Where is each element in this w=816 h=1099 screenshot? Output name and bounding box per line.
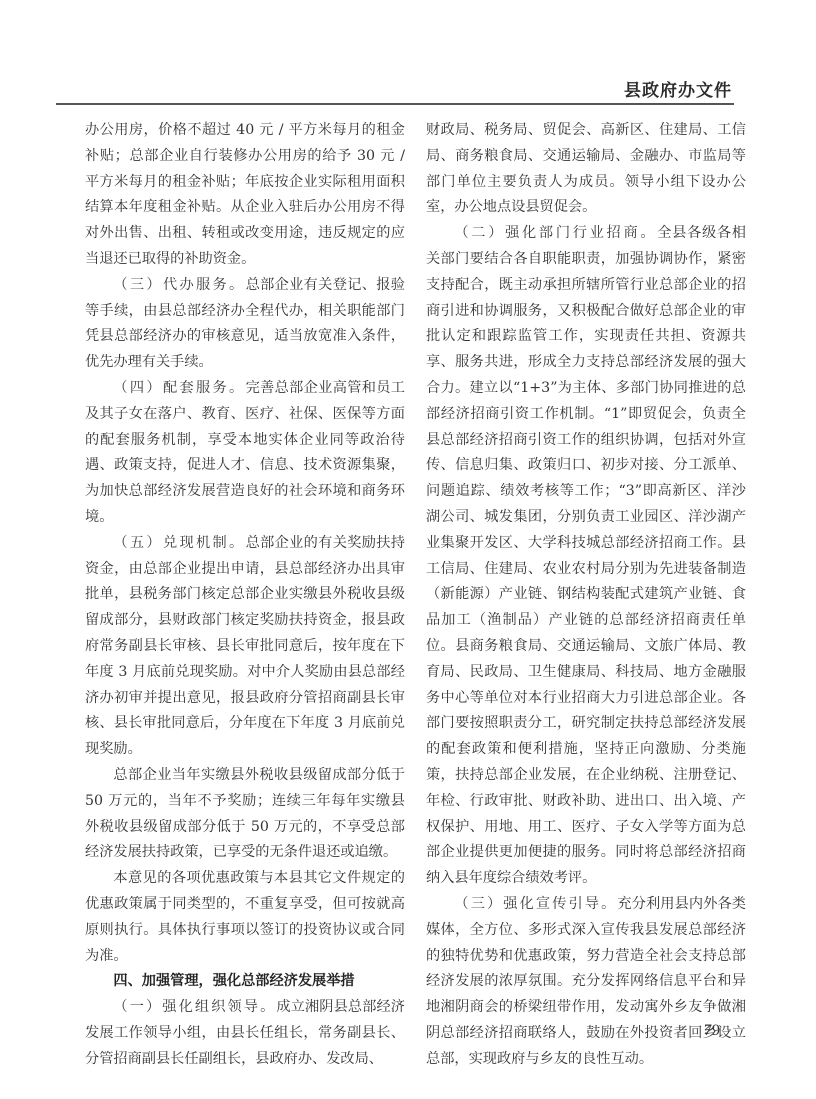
subheading-agency-service: （三）代办服务。 — [113, 277, 245, 293]
paragraph-no-duplicate-benefits: 本意见的各项优惠政策与本县其它文件规定的优惠政策属于同类型的，不重复享受，但可按… — [85, 866, 405, 969]
paragraph-rent-subsidy: 办公用房，价格不超过 40 元 / 平方米每月的租金补贴；总部企业自行装修办公用… — [85, 118, 405, 273]
paragraph-text: 总部企业的有关奖励扶持资金，由总部企业提出申请，县总部经济办出具审批单，县税务部… — [85, 535, 405, 757]
left-text-column: 办公用房，价格不超过 40 元 / 平方米每月的租金补贴；总部企业自行装修办公用… — [85, 118, 405, 1072]
paragraph-organization-leadership: （一）强化组织领导。成立湘阴县总部经济发展工作领导小组，由县长任组长，常务副县长… — [85, 995, 405, 1072]
paragraph-redemption-mechanism: （五）兑现机制。总部企业的有关奖励扶持资金，由总部企业提出申请，县总部经济办出具… — [85, 531, 405, 763]
subheading-publicity-guidance: （三）强化宣传引导。 — [454, 896, 617, 912]
header-divider — [56, 103, 734, 105]
paragraph-leading-group-members: 财政局、税务局、贸促会、高新区、住建局、工信局、商务粮食局、交通运输局、金融办、… — [426, 118, 746, 221]
paragraph-text: 全县各级各相关部门要结合各自职能职责，加强协调协作，紧密支持配合，既主动承担所辖… — [426, 225, 746, 886]
page-number: 79 — [704, 1022, 720, 1040]
paragraph-publicity-guidance: （三）强化宣传引导。充分利用县内外各类媒体，全方位、多形式深入宣传我县发展总部经… — [426, 892, 746, 1073]
paragraph-department-investment: （二）强化部门行业招商。全县各级各相关部门要结合各自职能职责，加强协调协作，紧密… — [426, 221, 746, 892]
subheading-redemption-mechanism: （五）兑现机制。 — [113, 535, 245, 551]
subheading-department-investment: （二）强化部门行业招商。 — [454, 225, 657, 241]
subheading-organization-leadership: （一）强化组织领导。 — [113, 999, 276, 1015]
section-heading-management: 四、加强管理，强化总部经济发展举措 — [85, 969, 405, 995]
paragraph-threshold-rule: 总部企业当年实缴县外税收县级留成部分低于 50 万元的，当年不予奖励；连续三年每… — [85, 763, 405, 866]
running-header-title: 县政府办文件 — [624, 76, 732, 101]
right-text-column: 财政局、税务局、贸促会、高新区、住建局、工信局、商务粮食局、交通运输局、金融办、… — [426, 118, 746, 1072]
paragraph-text: 完善总部企业高管和员工及其子女在落户、教育、医疗、社保、医保等方面的配套服务机制… — [85, 380, 405, 525]
paragraph-text: 充分利用县内外各类媒体，全方位、多形式深入宣传我县发展总部经济的独特优势和优惠政… — [426, 896, 746, 1067]
paragraph-supporting-service: （四）配套服务。完善总部企业高管和员工及其子女在落户、教育、医疗、社保、医保等方… — [85, 376, 405, 531]
paragraph-agency-service: （三）代办服务。总部企业有关登记、报验等手续，由县总部经济办全程代办，相关职能部… — [85, 273, 405, 376]
subheading-supporting-service: （四）配套服务。 — [113, 380, 245, 396]
